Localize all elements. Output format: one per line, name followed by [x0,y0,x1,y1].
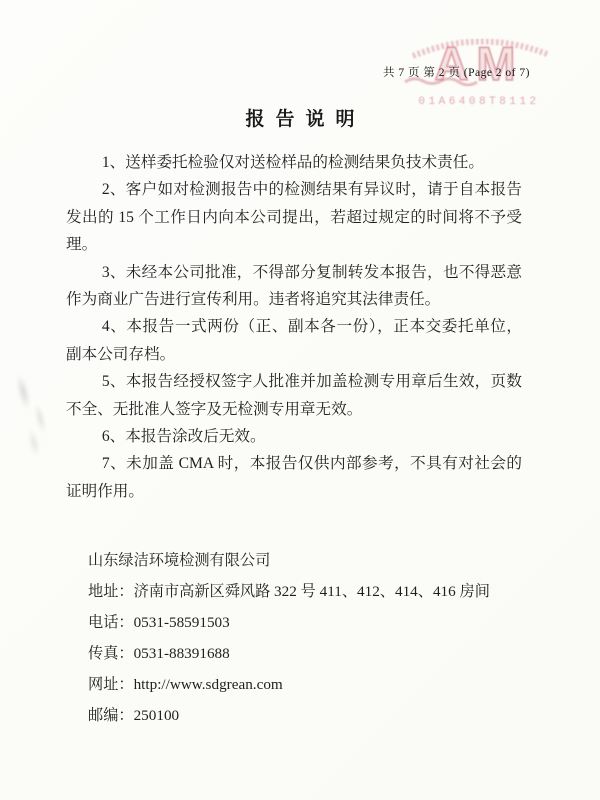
note-paragraph: 7、未加盖 CMA 时，本报告仅供内部参考，不具有对社会的证明作用。 [66,450,522,505]
note-paragraph: 5、本报告经授权签字人批准并加盖检测专用章后生效，页数不全、无批准人签字及无检测… [66,368,522,423]
notes-list: 1、送样委托检验仅对送检样品的检测结果负技术责任。2、客户如对检测报告中的检测结… [66,149,522,505]
company-fax: 传真：0531-88391688 [88,638,548,669]
company-info-block: 山东绿洁环境检测有限公司 地址：济南市高新区舜风路 322 号 411、412、… [88,545,548,731]
company-name: 山东绿洁环境检测有限公司 [88,545,548,576]
note-paragraph: 4、本报告一式两份（正、副本各一份），正本交委托单位，副本公司存档。 [66,313,522,368]
company-postcode: 邮编：250100 [88,700,548,731]
note-paragraph: 3、未经本公司批准，不得部分复制转发本报告，也不得恶意作为商业广告进行宣传利用。… [66,259,522,314]
company-website: 网址：http://www.sdgrean.com [88,669,548,700]
scanned-report-page: AM 01A6408T8112 共 7 页 第 2 页 (Page 2 of 7… [0,0,600,800]
note-paragraph: 1、送样委托检验仅对送检样品的检测结果负技术责任。 [66,149,522,176]
page-number-line: 共 7 页 第 2 页 (Page 2 of 7) [383,64,530,80]
note-paragraph: 6、本报告涂改后无效。 [66,423,522,450]
note-paragraph: 2、客户如对检测报告中的检测结果有异议时，请于自本报告发出的 15 个工作日内向… [66,176,522,258]
stamp-code-line: 01A6408T8112 [418,96,539,108]
company-address: 地址：济南市高新区舜风路 322 号 411、412、414、416 房间 [88,576,548,607]
scan-smudge-artifact [5,359,61,460]
company-phone: 电话：0531-58591503 [88,607,548,638]
